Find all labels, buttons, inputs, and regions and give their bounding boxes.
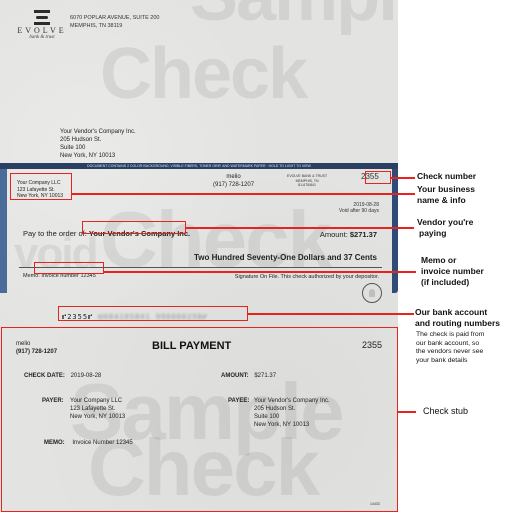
highlight-business-info (10, 173, 72, 200)
highlight-stub (1, 327, 398, 512)
callout-business-info: Your business name & info (417, 184, 475, 206)
callout-bank-numbers: Our bank account and routing numbers (415, 307, 500, 329)
check-date: 2019-08-28 Void after 90 days (339, 202, 379, 214)
watermark-sample-top: Sample (190, 0, 398, 32)
bank-logo: EVOLVE bank & trust (12, 10, 72, 40)
callout-memo: Memo or invoice number (if included) (421, 255, 484, 288)
connector-stub (398, 411, 416, 413)
issuer-info: melio (917) 728-1207 (213, 174, 254, 189)
seal-icon (362, 283, 382, 303)
security-strip-left (0, 169, 7, 293)
amount-in-words: Two Hundred Seventy-One Dollars and 37 C… (194, 253, 377, 262)
bank-block: EVOLVE BANK & TRUST MEMPHIS, TN 81-675/8… (287, 174, 327, 188)
bank-address: 6070 POPLAR AVENUE, SUITE 200 MEMPHIS, T… (70, 14, 159, 30)
connector-business-info (72, 193, 415, 195)
callout-check-number: Check number (417, 171, 476, 182)
highlight-micr (58, 306, 248, 321)
connector-check-number (391, 177, 415, 179)
evolve-logo-icon (33, 10, 51, 25)
bank-tagline: bank & trust (12, 35, 72, 40)
highlight-vendor (82, 221, 186, 234)
watermark-check-top: Check (100, 38, 306, 110)
callout-vendor: Vendor you're paying (417, 217, 473, 239)
bank-name: EVOLVE (12, 26, 72, 35)
connector-micr (248, 313, 414, 315)
signature-note: Signature On File. This check authorized… (235, 274, 379, 280)
security-strip-right (392, 169, 398, 293)
check-amount: Amount: $271.37 (320, 230, 377, 239)
highlight-memo (34, 262, 104, 274)
callout-bank-note: The check is paid from our bank account,… (416, 331, 484, 365)
recipient-address: Your Vendor's Company Inc. 205 Hudson St… (60, 128, 136, 160)
callout-stub: Check stub (423, 406, 468, 417)
highlight-check-number (365, 171, 391, 184)
connector-vendor (186, 227, 414, 229)
connector-memo (104, 271, 416, 273)
